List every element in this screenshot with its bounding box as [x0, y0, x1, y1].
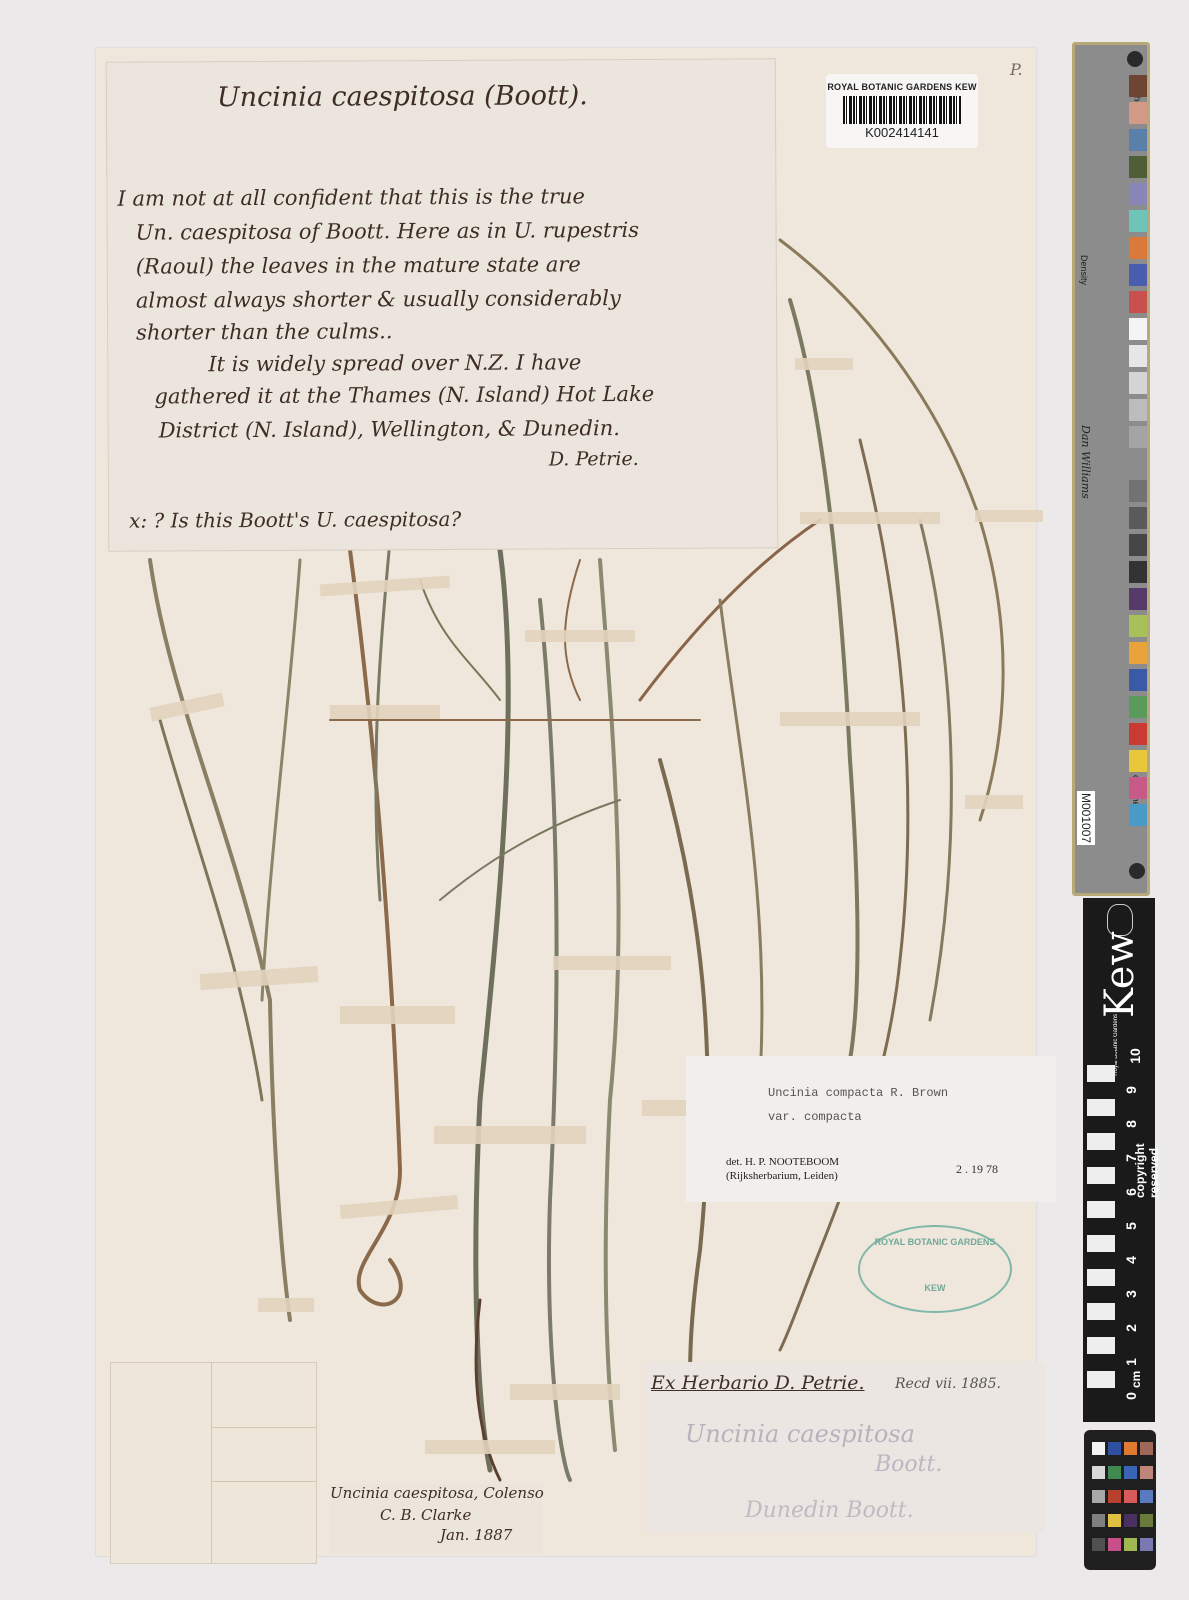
note-line: shorter than the culms..: [136, 319, 392, 344]
clarke-line: Uncinia caespitosa, Colenso: [330, 1484, 544, 1502]
mounting-tape: [425, 1440, 555, 1454]
determination-label: Uncinia compacta R. Brown var. compacta …: [686, 1056, 1056, 1202]
mounting-tape: [795, 358, 853, 370]
ruler-maker: Dan Williams: [1079, 425, 1092, 499]
color-swatch: [1129, 453, 1147, 475]
color-card-swatch: [1124, 1490, 1137, 1503]
note-query: x: ? Is this Boott's U. caespitosa?: [129, 507, 461, 533]
barcode-icon: [843, 96, 961, 124]
stamp-top-text: ROYAL BOTANIC GARDENS: [860, 1237, 1010, 1247]
kew-scale-ticks: [1087, 1048, 1115, 1388]
color-card-swatch: [1124, 1442, 1137, 1455]
color-card-swatch: [1108, 1514, 1121, 1527]
ruler-density-label: Density: [1079, 255, 1089, 285]
scale-number: 2: [1123, 1324, 1139, 1332]
pencil-author: Boott.: [875, 1452, 942, 1477]
note-line: (Raoul) the leaves in the mature state a…: [136, 252, 581, 278]
kew-logo: Kew: [1097, 931, 1143, 1018]
note-line: Un. caespitosa of Boott. Here as in U. r…: [136, 218, 640, 245]
pencil-locality: Dunedin Boott.: [745, 1498, 914, 1523]
barcode-number: K002414141: [826, 125, 978, 140]
color-card-swatch: [1108, 1442, 1121, 1455]
note-heading: Uncinia caespitosa (Boott).: [217, 80, 588, 113]
mounting-tape: [642, 1100, 686, 1116]
color-card-swatch: [1140, 1490, 1153, 1503]
ruler-hole-icon: [1127, 51, 1143, 67]
pencil-taxon: Uncinia caespitosa: [685, 1420, 915, 1448]
mounting-tape: [975, 510, 1043, 522]
ruler-hole-icon: [1129, 863, 1145, 879]
scale-number: 8: [1123, 1120, 1139, 1128]
color-swatch: [1129, 480, 1147, 502]
color-card-swatch: [1124, 1538, 1137, 1551]
color-swatch: [1129, 426, 1147, 448]
color-swatch: [1129, 561, 1147, 583]
mounting-tape: [800, 512, 940, 524]
color-swatch: [1129, 372, 1147, 394]
note-signature: D. Petrie.: [549, 448, 639, 470]
received-date: Recd vii. 1885.: [895, 1376, 1001, 1392]
color-card-swatch: [1108, 1466, 1121, 1479]
color-card-swatch: [1092, 1538, 1105, 1551]
note-line: District (N. Island), Wellington, & Dune…: [159, 416, 620, 442]
color-card-swatch: [1108, 1538, 1121, 1551]
note-line: I am not at all confident that this is t…: [117, 184, 585, 210]
mounting-tape: [340, 1006, 455, 1024]
note-line: gathered it at the Thames (N. Island) Ho…: [154, 382, 654, 409]
barcode-label: ROYAL BOTANIC GARDENS KEW K002414141: [826, 74, 978, 148]
color-swatch: [1129, 399, 1147, 421]
kew-stamp: ROYAL BOTANIC GARDENS KEW: [858, 1225, 1012, 1313]
color-swatch: [1129, 210, 1147, 232]
mounting-tape: [780, 712, 920, 726]
scale-number: 9: [1123, 1086, 1139, 1094]
note-line: almost always shorter & usually consider…: [136, 286, 621, 313]
scale-number: 6: [1123, 1188, 1139, 1196]
color-swatch: [1129, 642, 1147, 664]
ruler-id-code: M001007: [1077, 791, 1095, 845]
color-calibration-card: [1084, 1430, 1156, 1570]
color-swatch: [1129, 264, 1147, 286]
color-card-swatch: [1108, 1490, 1121, 1503]
color-density-ruler: inches Density Dan Williams M001007 cent…: [1072, 42, 1150, 896]
color-card-swatch: [1092, 1466, 1105, 1479]
color-swatch: [1129, 102, 1147, 124]
handwritten-note: Uncinia caespitosa (Boott). I am not at …: [106, 58, 779, 552]
color-swatch: [1129, 615, 1147, 637]
color-swatch: [1129, 804, 1147, 826]
color-swatch: [1129, 291, 1147, 313]
scale-number: 1: [1123, 1358, 1139, 1366]
scale-number: 0: [1123, 1392, 1139, 1400]
color-card-swatch: [1140, 1514, 1153, 1527]
det-institution: (Rijksherbarium, Leiden): [726, 1170, 838, 1182]
scale-number: 7: [1123, 1154, 1139, 1162]
color-swatch: [1129, 534, 1147, 556]
scale-number: 4: [1123, 1256, 1139, 1264]
color-card-swatch: [1140, 1442, 1153, 1455]
mounting-tape: [258, 1298, 314, 1312]
color-swatch: [1129, 588, 1147, 610]
det-variety: var. compacta: [768, 1110, 862, 1124]
mounting-tape: [965, 795, 1023, 809]
blank-folded-label: [110, 1362, 317, 1564]
stamp-bottom-text: KEW: [860, 1283, 1010, 1293]
color-swatch: [1129, 75, 1147, 97]
color-swatch: [1129, 696, 1147, 718]
note-line: It is widely spread over N.Z. I have: [208, 350, 581, 376]
color-swatch: [1129, 237, 1147, 259]
color-card-swatch: [1140, 1538, 1153, 1551]
mounting-tape: [510, 1384, 620, 1400]
color-swatch: [1129, 669, 1147, 691]
color-card-swatch: [1092, 1490, 1105, 1503]
color-card-swatch: [1140, 1466, 1153, 1479]
color-swatch: [1129, 777, 1147, 799]
barcode-institution: ROYAL BOTANIC GARDENS KEW: [826, 82, 978, 92]
color-swatch: [1129, 129, 1147, 151]
color-swatch: [1129, 345, 1147, 367]
det-date: 2 . 19 78: [956, 1162, 998, 1177]
color-swatch: [1129, 156, 1147, 178]
det-taxon: Uncinia compacta R. Brown: [768, 1086, 948, 1100]
ex-herbario-line: Ex Herbario D. Petrie.: [651, 1372, 865, 1394]
mounting-tape: [525, 630, 635, 642]
color-swatch: [1129, 507, 1147, 529]
color-card-swatch: [1124, 1466, 1137, 1479]
scale-number: 3: [1123, 1290, 1139, 1298]
det-determiner: det. H. P. NOOTEBOOM: [726, 1156, 839, 1168]
kew-unit: cm: [1129, 1371, 1143, 1388]
color-card-swatch: [1092, 1514, 1105, 1527]
mounting-tape: [434, 1126, 586, 1144]
ex-herbario-label: Ex Herbario D. Petrie. Recd vii. 1885. U…: [645, 1362, 1045, 1532]
color-swatch: [1129, 318, 1147, 340]
color-card-swatch: [1124, 1514, 1137, 1527]
color-swatch: [1129, 750, 1147, 772]
mounting-tape: [553, 956, 671, 970]
clarke-line: C. B. Clarke: [380, 1506, 471, 1524]
clarke-label: Uncinia caespitosa, Colenso C. B. Clarke…: [330, 1484, 542, 1554]
mounting-tape: [330, 705, 440, 719]
color-card-swatch: [1092, 1442, 1105, 1455]
kew-scale-bar: Kew Royal Botanic Gardens copyright rese…: [1083, 898, 1155, 1422]
clarke-line: Jan. 1887: [440, 1526, 512, 1544]
color-swatch: [1129, 183, 1147, 205]
scale-number: 10: [1127, 1048, 1143, 1064]
color-swatch: [1129, 723, 1147, 745]
scale-number: 5: [1123, 1222, 1139, 1230]
